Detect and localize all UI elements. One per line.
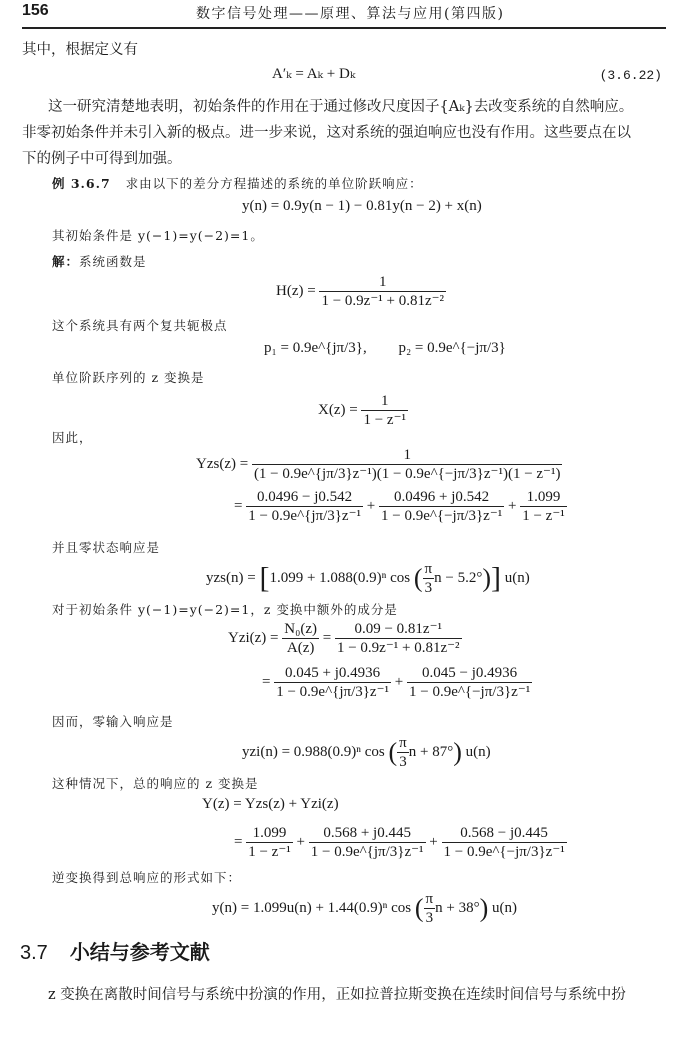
right-bracket: ] — [491, 562, 501, 595]
therefore-text: 因此， — [52, 428, 93, 446]
X-numerator: 1 — [361, 392, 408, 411]
yzi-eq: yzi(n) = 0.988(0.9)ⁿ cos (π3n + 87°) u(n… — [242, 734, 491, 771]
yzs-body: 1.099 + 1.088(0.9)ⁿ cos — [269, 570, 410, 586]
Yzs-term-3: 1.0991 − z⁻¹ — [520, 488, 567, 525]
denominator: 1 − 0.9e^{−jπ/3}z⁻¹ — [407, 683, 532, 701]
H-lhs: H(z) = — [276, 283, 316, 299]
solution-label: 解： — [52, 254, 79, 269]
numerator: 0.0496 + j0.542 — [379, 488, 504, 507]
section-heading: 3.7小结与参考文献 — [20, 936, 210, 965]
yzs-eq: yzs(n) = [1.099 + 1.088(0.9)ⁿ cos (π3n −… — [206, 560, 530, 597]
zero-input-text: 因而，零输入响应是 — [52, 712, 174, 730]
numerator: 0.568 + j0.445 — [309, 824, 426, 843]
numerator: 0.09 − 0.81z⁻¹ — [335, 620, 462, 639]
X-lhs: X(z) = — [318, 402, 358, 418]
yzi-tail: u(n) — [466, 744, 491, 760]
Yzs-fraction: 1(1 − 0.9e^{jπ/3}z⁻¹)(1 − 0.9e^{−jπ/3}z⁻… — [252, 446, 563, 483]
equation-3-6-22: A′ₖ = Aₖ + Dₖ — [272, 64, 355, 83]
Yzs-term-2: 0.0496 + j0.5421 − 0.9e^{−jπ/3}z⁻¹ — [379, 488, 504, 525]
numerator: 0.045 − j0.4936 — [407, 664, 532, 683]
Yzi-frac-2: 0.09 − 0.81z⁻¹1 − 0.9z⁻¹ + 0.81z⁻² — [335, 620, 462, 657]
solution-text: 系统函数是 — [79, 254, 147, 269]
X-eq: X(z) = 11 − z⁻¹ — [318, 392, 408, 429]
inverse-text: 逆变换得到总响应的形式如下： — [52, 868, 241, 886]
denominator: 1 − 0.9z⁻¹ + 0.81z⁻² — [335, 639, 462, 657]
Yzi-term-2: 0.045 − j0.49361 − 0.9e^{−jπ/3}z⁻¹ — [407, 664, 532, 701]
example-label: 例 3.6.7 — [52, 176, 111, 191]
X-denominator: 1 − z⁻¹ — [361, 411, 408, 429]
paragraph-line-2: 非零初始条件并未引入新的极点。进一步来说，这对系统的强迫响应也没有作用。这些要点… — [22, 120, 631, 146]
three: 3 — [397, 753, 409, 771]
left-paren: ( — [415, 894, 424, 923]
numerator: 0.568 − j0.445 — [442, 824, 567, 843]
difference-equation: y(n) = 0.9y(n − 1) − 0.81y(n − 2) + x(n) — [242, 198, 482, 215]
Y-term-3: 0.568 − j0.4451 − 0.9e^{−jπ/3}z⁻¹ — [442, 824, 567, 861]
final-paragraph-line: z 变换在离散时间信号与系统中扮演的作用，正如拉普拉斯变换在连续时间信号与系统中… — [48, 982, 626, 1008]
section-title: 小结与参考文献 — [70, 942, 210, 964]
Y-partial-fractions: = 1.0991 − z⁻¹ + 0.568 + j0.4451 − 0.9e^… — [234, 824, 567, 861]
section-number: 3.7 — [20, 942, 48, 964]
poles-eq: p₁ = 0.9e^{jπ/3}, p₂ = 0.9e^{−jπ/3} — [264, 340, 506, 357]
numerator: 1.099 — [520, 488, 567, 507]
Yzi-eq: Yzi(z) = N₀(z)A(z) = 0.09 − 0.81z⁻¹1 − 0… — [228, 620, 462, 657]
denominator: 1 − 0.9e^{−jπ/3}z⁻¹ — [442, 843, 567, 861]
yzs-phase: n − 5.2° — [434, 570, 482, 586]
y-phase: n + 38° — [435, 900, 479, 916]
Y-term-2: 0.568 + j0.4451 − 0.9e^{jπ/3}z⁻¹ — [309, 824, 426, 861]
Yzs-eq: Yzs(z) = 1(1 − 0.9e^{jπ/3}z⁻¹)(1 − 0.9e^… — [196, 446, 562, 483]
running-header-title: 数字信号处理——原理、算法与应用(第四版) — [196, 3, 504, 23]
step-text: 单位阶跃序列的 z 变换是 — [52, 368, 205, 386]
left-paren: ( — [414, 564, 423, 593]
Yzi-lhs: Yzi(z) = — [228, 630, 279, 646]
initial-cond-text: 对于初始条件 y(−1)=y(−2)=1，z 变换中额外的成分是 — [52, 600, 398, 618]
initial-conditions: 其初始条件是 y(−1)=y(−2)=1。 — [52, 226, 264, 244]
example-prompt: 求由以下的差分方程描述的系统的单位阶跃响应： — [126, 176, 423, 191]
numerator: 1.099 — [246, 824, 293, 843]
yzs-lhs: yzs(n) = — [206, 570, 256, 586]
X-fraction: 11 − z⁻¹ — [361, 392, 408, 429]
Yzs-denominator: (1 − 0.9e^{jπ/3}z⁻¹)(1 − 0.9e^{−jπ/3}z⁻¹… — [252, 465, 563, 483]
Yzi-partial-fractions: = 0.045 + j0.49361 − 0.9e^{jπ/3}z⁻¹ + 0.… — [262, 664, 532, 701]
yzi-lhs: yzi(n) = 0.988(0.9)ⁿ cos — [242, 744, 385, 760]
example-heading: 例 3.6.7 求由以下的差分方程描述的系统的单位阶跃响应： — [52, 174, 423, 192]
pi: π — [424, 890, 436, 909]
right-paren: ) — [453, 738, 462, 767]
pi: π — [397, 734, 409, 753]
H-numerator: 1 — [319, 273, 446, 292]
Yzs-lhs: Yzs(z) = — [196, 456, 248, 472]
equation-number: (3.6.22) — [600, 68, 662, 83]
Yzs-term-1: 0.0496 − j0.5421 − 0.9e^{jπ/3}z⁻¹ — [246, 488, 363, 525]
right-paren: ) — [480, 894, 489, 923]
denominator: 1 − z⁻¹ — [520, 507, 567, 525]
header-rule — [22, 27, 666, 29]
left-paren: ( — [388, 738, 397, 767]
pi: π — [423, 560, 435, 579]
yzs-tail: u(n) — [505, 570, 530, 586]
yzi-phase: n + 87° — [409, 744, 453, 760]
three: 3 — [423, 579, 435, 597]
H-denominator: 1 − 0.9z⁻¹ + 0.81z⁻² — [319, 292, 446, 310]
three: 3 — [424, 909, 436, 927]
paragraph-line-1: 这一研究清楚地表明，初始条件的作用在于通过修改尺度因子{Aₖ}去改变系统的自然响… — [48, 94, 633, 120]
poles-text: 这个系统具有两个复共轭极点 — [52, 316, 228, 334]
transfer-function-eq: H(z) = 11 − 0.9z⁻¹ + 0.81z⁻² — [276, 273, 446, 310]
total-transform-text: 这种情况下，总的响应的 z 变换是 — [52, 774, 259, 792]
H-fraction: 11 − 0.9z⁻¹ + 0.81z⁻² — [319, 273, 446, 310]
y-tail: u(n) — [492, 900, 517, 916]
intro-line: 其中，根据定义有 — [22, 37, 138, 63]
pole-2: p₂ = 0.9e^{−jπ/3} — [398, 340, 505, 356]
denominator: 1 − 0.9e^{−jπ/3}z⁻¹ — [379, 507, 504, 525]
denominator: A(z) — [282, 639, 319, 657]
Y-term-1: 1.0991 − z⁻¹ — [246, 824, 293, 861]
pi-over-3: π3 — [397, 734, 409, 771]
Yzi-frac-1: N₀(z)A(z) — [282, 620, 319, 657]
pi-over-3: π3 — [424, 890, 436, 927]
Yzs-partial-fractions: = 0.0496 − j0.5421 − 0.9e^{jπ/3}z⁻¹ + 0.… — [234, 488, 567, 525]
denominator: 1 − z⁻¹ — [246, 843, 293, 861]
page-number: 156 — [22, 2, 49, 20]
y-lhs: y(n) = 1.099u(n) + 1.44(0.9)ⁿ cos — [212, 900, 411, 916]
pi-over-3: π3 — [423, 560, 435, 597]
numerator: 0.0496 − j0.542 — [246, 488, 363, 507]
numerator: N₀(z) — [282, 620, 319, 639]
denominator: 1 − 0.9e^{jπ/3}z⁻¹ — [274, 683, 391, 701]
left-bracket: [ — [259, 562, 269, 595]
numerator: 0.045 + j0.4936 — [274, 664, 391, 683]
Yzs-numerator: 1 — [252, 446, 563, 465]
paragraph-line-3: 下的例子中可得到加强。 — [22, 146, 182, 172]
total-response-eq: y(n) = 1.099u(n) + 1.44(0.9)ⁿ cos (π3n +… — [212, 890, 517, 927]
right-paren: ) — [482, 564, 491, 593]
solution-intro: 解：系统函数是 — [52, 252, 147, 270]
pole-1: p₁ = 0.9e^{jπ/3}, — [264, 340, 367, 356]
denominator: 1 − 0.9e^{jπ/3}z⁻¹ — [246, 507, 363, 525]
zero-state-text: 并且零状态响应是 — [52, 538, 160, 556]
denominator: 1 − 0.9e^{jπ/3}z⁻¹ — [309, 843, 426, 861]
Y-line-1: Y(z) = Yzs(z) + Yzi(z) — [202, 796, 339, 813]
Yzi-term-1: 0.045 + j0.49361 − 0.9e^{jπ/3}z⁻¹ — [274, 664, 391, 701]
